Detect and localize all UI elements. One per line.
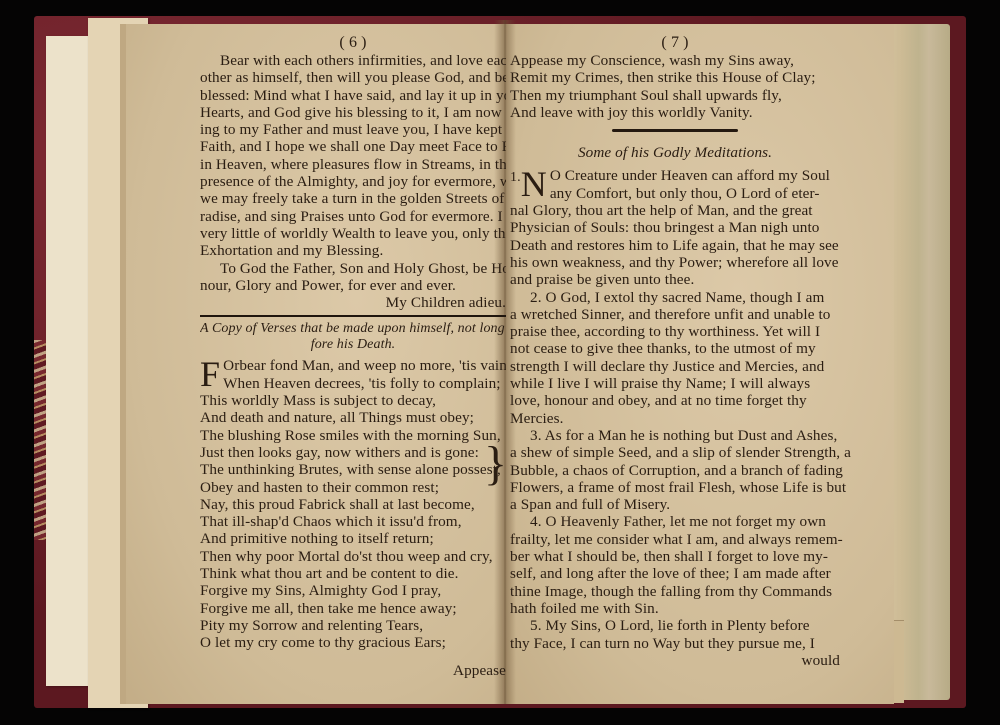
meditation-line: ber what I should be, then shall I forge… [510, 548, 840, 565]
catchword: would [510, 652, 840, 669]
meditation-line: strength I will declare thy Justice and … [510, 358, 840, 375]
verse-line: That ill-shap'd Chaos which it issu'd fr… [200, 513, 506, 530]
section-rule [200, 315, 506, 317]
prose-line: ing to my Father and must leave you, I h… [200, 121, 506, 138]
prose-line: in Heaven, where pleasures flow in Strea… [200, 156, 506, 173]
verse-heading-line: fore his Death. [200, 337, 506, 353]
meditation-line: his own weakness, and thy Power; wherefo… [510, 254, 840, 271]
verse-line: Pity my Sorrow and relenting Tears, [200, 617, 506, 634]
verse-line: When Heaven decrees, 'tis folly to compl… [200, 375, 506, 392]
verse-line: Then why poor Mortal do'st thou weep and… [200, 548, 506, 565]
meditation-line: Mercies. [510, 410, 840, 427]
meditation-line: Bubble, a chaos of Corruption, and a bra… [510, 462, 840, 479]
meditation-line: nal Glory, thou art the help of Man, and… [510, 202, 840, 219]
prose-line: Exhortation and my Blessing. [200, 242, 506, 259]
meditation-line: 3. As for a Man he is nothing but Dust a… [510, 427, 840, 444]
verse-poem: F Orbear fond Man, and weep no more, 'ti… [200, 357, 506, 651]
meditation-line: Physician of Souls: thou bringest a Man … [510, 219, 840, 236]
verse-heading-line: A Copy of Verses that be made upon himse… [200, 321, 506, 337]
drop-cap-n: N [521, 169, 547, 199]
verse-line: This worldly Mass is subject to decay, [200, 392, 506, 409]
page-number-6: ( 6 ) [200, 34, 506, 52]
verse-heading: A Copy of Verses that be made upon himse… [200, 321, 506, 353]
verse-line: The unthinking Brutes, with sense alone … [200, 461, 506, 478]
meditation-line: frailty, let me consider what I am, and … [510, 531, 840, 548]
prose-line: blessed: Mind what I have said, and lay … [200, 87, 506, 104]
meditation-line: 4. O Heavenly Father, let me not forget … [510, 513, 840, 530]
meditation-2: 2. O God, I extol thy sacred Name, thoug… [510, 289, 840, 427]
verse-brace: } [484, 440, 507, 488]
prose-line: presence of the Almighty, and joy for ev… [200, 173, 506, 190]
section-rule [612, 129, 738, 132]
verse-line: And death and nature, all Things must ob… [200, 409, 506, 426]
doxology: To God the Father, Son and Holy Ghost, b… [200, 260, 506, 295]
meditation-line: thy Face, I can turn no Way but they pur… [510, 635, 840, 652]
verse-line: O let my cry come to thy gracious Ears; [200, 634, 506, 651]
verse-line: Forgive my Sins, Almighty God I pray, [200, 582, 506, 599]
meditation-line: hath foiled me with Sin. [510, 600, 840, 617]
prose-line: we may freely take a turn in the golden … [200, 190, 506, 207]
meditation-line: 2. O God, I extol thy sacred Name, thoug… [510, 289, 840, 306]
exhortation-paragraph: Bear with each others infirmities, and l… [200, 52, 506, 260]
meditation-3: 3. As for a Man he is nothing but Dust a… [510, 427, 840, 513]
meditation-line: thine Image, though the falling from thy… [510, 583, 840, 600]
meditation-line: O Creature under Heaven can afford my So… [510, 167, 840, 184]
verse-line: And primitive nothing to itself return; [200, 530, 506, 547]
meditation-line: a Span and full of Misery. [510, 496, 840, 513]
verse-line: Just then looks gay, now withers and is … [200, 444, 506, 461]
meditation-number: 1. [510, 169, 521, 186]
verse-line: Nay, this proud Fabrick shall at last be… [200, 496, 506, 513]
verse-line: Remit my Crimes, then strike this House … [510, 69, 840, 86]
meditation-line: Death and restores him to Life again, th… [510, 237, 840, 254]
meditation-line: a wretched Sinner, and therefore unfit a… [510, 306, 840, 323]
verse-line: Then my triumphant Soul shall upwards fl… [510, 87, 840, 104]
meditation-line: and praise be given unto thee. [510, 271, 840, 288]
prose-line: Hearts, and God give his blessing to it,… [200, 104, 506, 121]
left-page-text: ( 6 ) Bear with each others infirmities,… [200, 34, 506, 679]
prose-line: radise, and sing Praises unto God for ev… [200, 208, 506, 225]
verse-line: Orbear fond Man, and weep no more, 'tis … [200, 357, 506, 374]
meditation-line: self, and long after the love of thee; I… [510, 565, 840, 582]
meditation-line: any Comfort, but only thou, O Lord of et… [510, 185, 840, 202]
doxology-line: To God the Father, Son and Holy Ghost, b… [200, 260, 506, 277]
drop-cap-f: F [200, 359, 220, 389]
meditation-line: love, honour and obey, and at no time fo… [510, 392, 840, 409]
meditation-1: 1. N O Creature under Heaven can afford … [510, 167, 840, 288]
meditation-line: Flowers, a frame of most frail Flesh, wh… [510, 479, 840, 496]
verse-continuation: Appease my Conscience, wash my Sins away… [510, 52, 840, 121]
verse-line: Think what thou art and be content to di… [200, 565, 506, 582]
page-number-7: ( 7 ) [510, 34, 840, 52]
catchword: Appease [200, 662, 506, 679]
prose-line: other as himself, then will you please G… [200, 69, 506, 86]
prose-line: very little of worldly Wealth to leave y… [200, 225, 506, 242]
meditation-line: praise thee, according to thy worthiness… [510, 323, 840, 340]
meditation-line: a shew of simple Seed, and a slip of sle… [510, 444, 840, 461]
meditation-line: while I live I will praise thy Name; I w… [510, 375, 840, 392]
verse-line: And leave with joy this worldly Vanity. [510, 104, 840, 121]
doxology-line: nour, Glory and Power, for ever and ever… [200, 277, 506, 294]
verse-line: Forgive me all, then take me hence away; [200, 600, 506, 617]
verse-line: The blushing Rose smiles with the mornin… [200, 427, 506, 444]
verse-line: Appease my Conscience, wash my Sins away… [510, 52, 840, 69]
right-page-text: ( 7 ) Appease my Conscience, wash my Sin… [510, 34, 840, 669]
section-heading: Some of his Godly Meditations. [510, 144, 840, 161]
meditation-4: 4. O Heavenly Father, let me not forget … [510, 513, 840, 617]
meditation-line: 5. My Sins, O Lord, lie forth in Plenty … [510, 617, 840, 634]
meditation-line: not cease to give thee thanks, to the ut… [510, 340, 840, 357]
verse-line: Obey and hasten to their common rest; [200, 479, 506, 496]
farewell: My Children adieu. [200, 294, 506, 311]
meditation-5: 5. My Sins, O Lord, lie forth in Plenty … [510, 617, 840, 652]
prose-line: Faith, and I hope we shall one Day meet … [200, 138, 506, 155]
prose-line: Bear with each others infirmities, and l… [200, 52, 506, 69]
